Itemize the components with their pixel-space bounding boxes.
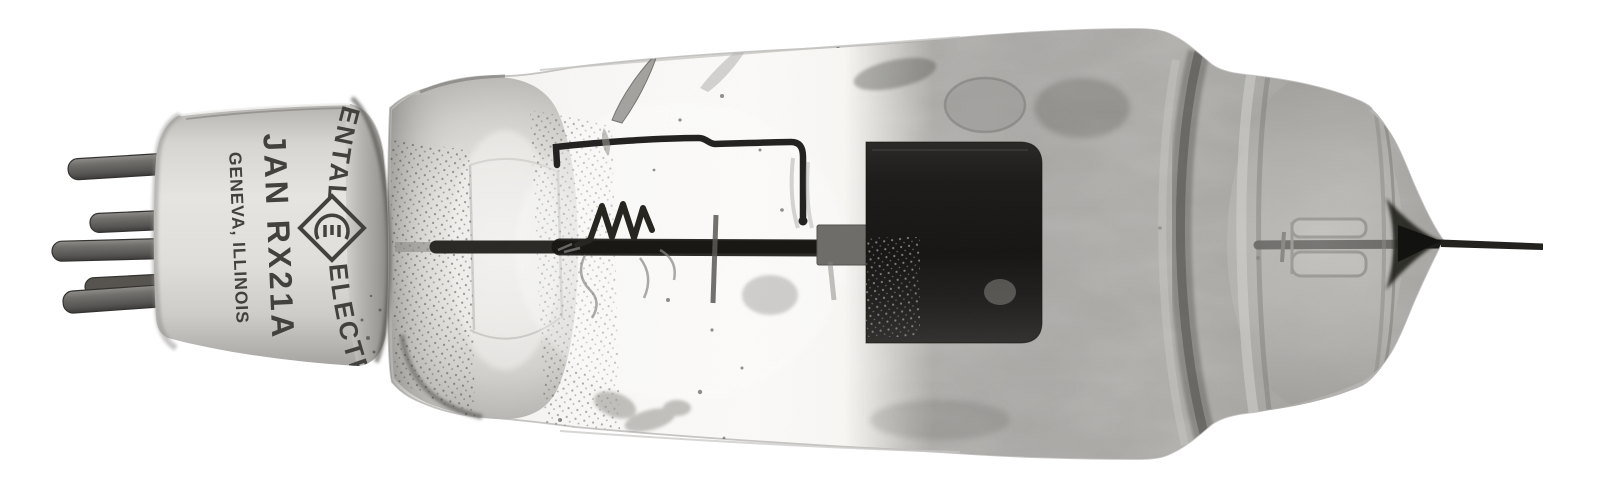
tube-base: NENTAL ELECTR JAN RX21A GENEVA, ILLINOIS: [154, 82, 389, 385]
tube-photograph: NENTAL ELECTR JAN RX21A GENEVA, ILLINOIS: [0, 0, 1600, 500]
pin-3: [52, 239, 165, 262]
tube-photo-svg: NENTAL ELECTR JAN RX21A GENEVA, ILLINOIS: [0, 0, 1600, 500]
